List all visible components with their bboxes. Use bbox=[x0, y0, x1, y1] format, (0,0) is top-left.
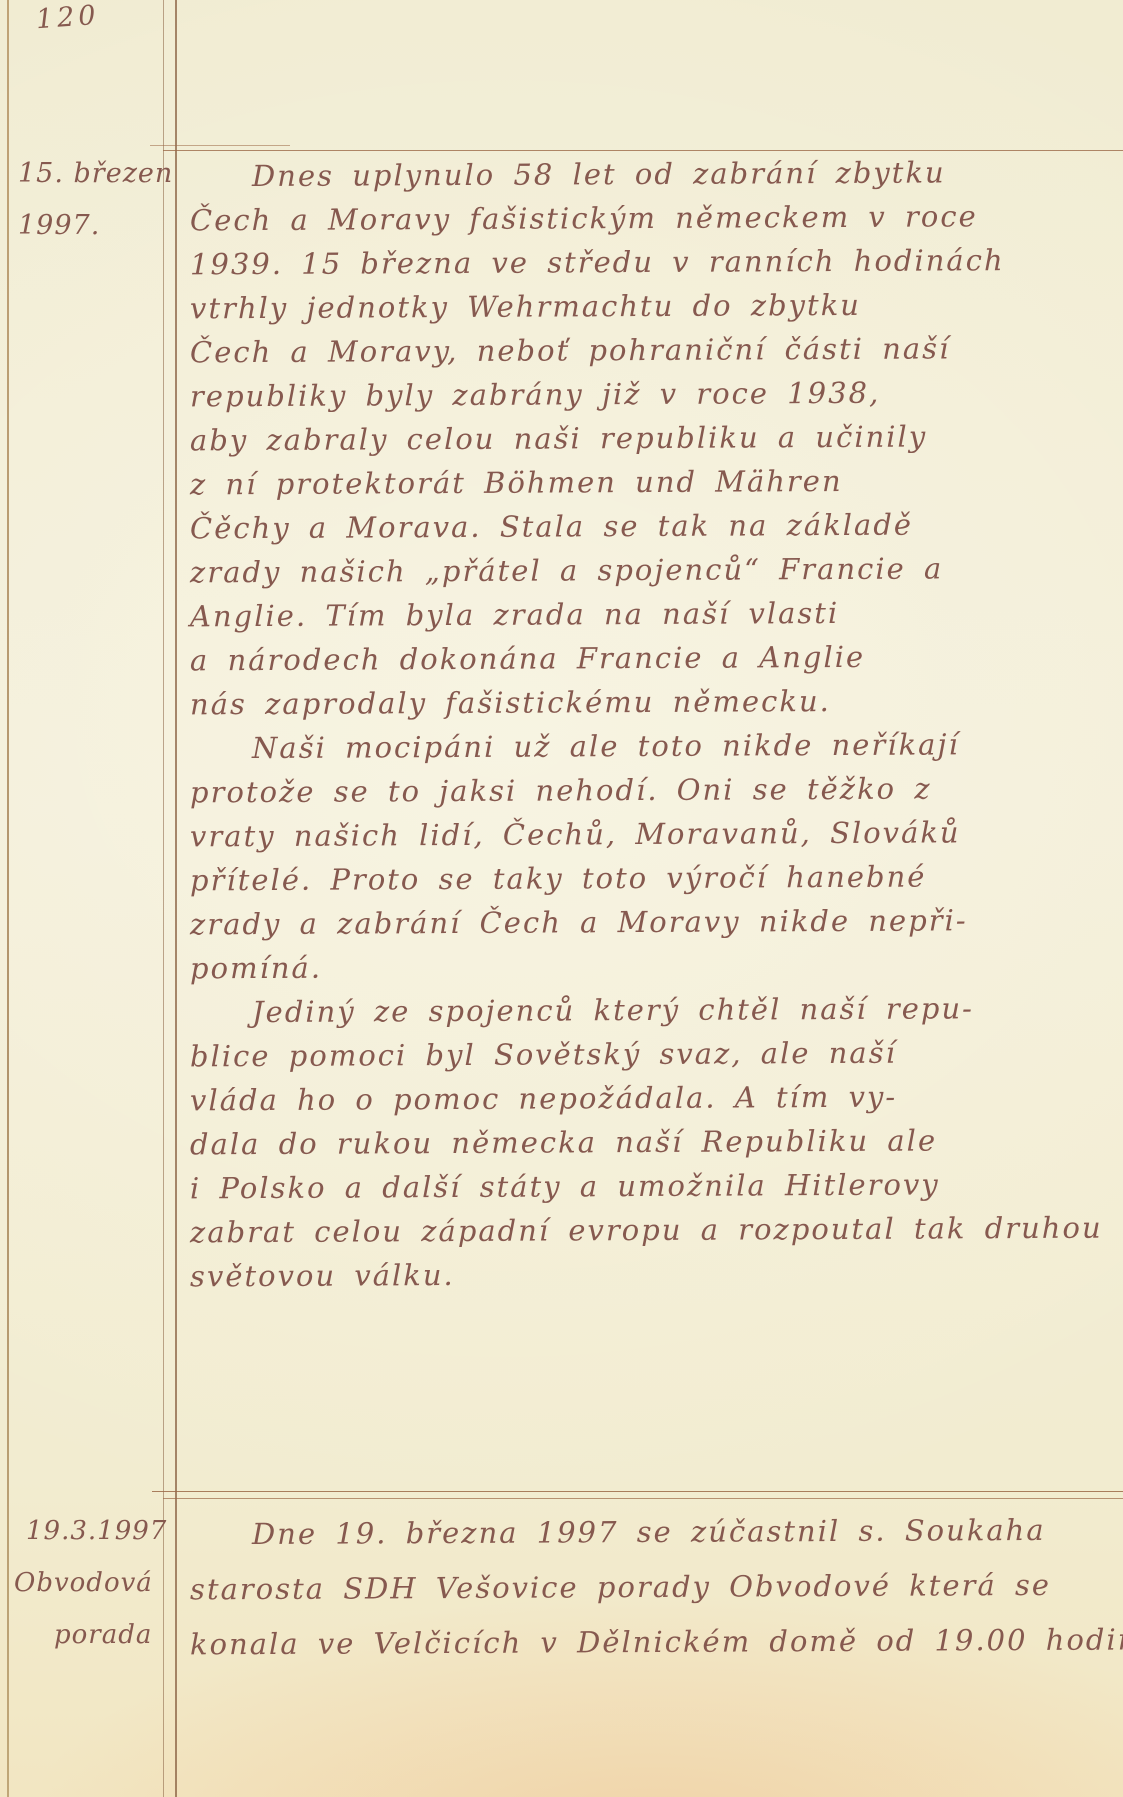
top-horizontal-rule-ghost bbox=[150, 145, 290, 146]
handwritten-line: zabrat celou západní evropu a rozpoutal … bbox=[190, 1206, 1100, 1255]
handwritten-line: Naši mocipáni už ale toto nikde neříkají bbox=[190, 722, 1100, 771]
handwritten-line: vraty našich lidí, Čechů, Moravanů, Slov… bbox=[190, 810, 1100, 859]
handwritten-line: Čech a Moravy fašistickým německem v roc… bbox=[190, 194, 1100, 243]
handwritten-line: Anglie. Tím byla zrada na naší vlasti bbox=[190, 590, 1100, 639]
handwritten-line: protože se to jaksi nehodí. Oni se těžko… bbox=[190, 766, 1100, 815]
entry-divider-rule-upper bbox=[152, 1491, 1123, 1492]
handwritten-line: světovou válku. bbox=[190, 1250, 1100, 1299]
handwritten-line: z ní protektorát Böhmen und Mähren bbox=[190, 458, 1100, 507]
margin-note-line: Obvodová bbox=[14, 1568, 167, 1620]
margin-note-line: 19.3.1997 bbox=[26, 1516, 167, 1568]
handwritten-line: starosta SDH Vešovice porady Obvodové kt… bbox=[190, 1558, 1100, 1618]
handwritten-line: dala do rukou německa naší Republiku ale bbox=[190, 1118, 1100, 1167]
handwritten-line: konala ve Velčicích v Dělnickém domě od … bbox=[190, 1613, 1100, 1673]
handwritten-line: pomíná. bbox=[190, 942, 1100, 991]
margin-note-line: 1997. bbox=[18, 210, 173, 262]
handwritten-line: republiky byly zabrány již v roce 1938, bbox=[190, 370, 1100, 419]
handwritten-line: nás zaprodaly fašistickému německu. bbox=[190, 678, 1100, 727]
handwritten-line: Jediný ze spojenců který chtěl naší repu… bbox=[190, 986, 1100, 1035]
handwritten-line: Dnes uplynulo 58 let od zabrání zbytku bbox=[190, 150, 1100, 199]
handwritten-line: i Polsko a další státy a umožnila Hitler… bbox=[190, 1162, 1100, 1211]
handwritten-line: Čěchy a Morava. Stala se tak na základě bbox=[190, 502, 1100, 551]
margin-date-entry-1: 15. březen1997. bbox=[18, 158, 173, 262]
entry-2-text: Dne 19. března 1997 se zúčastnil s. Souk… bbox=[190, 1505, 1100, 1670]
handwritten-line: 1939. 15 března ve středu v ranních hodi… bbox=[190, 238, 1100, 287]
handwritten-line: zrady našich „přátel a spojenců“ Francie… bbox=[190, 546, 1100, 595]
margin-date-entry-2: 19.3.1997Obvodováporada bbox=[26, 1516, 167, 1672]
handwritten-line: vláda ho o pomoc nepožádala. A tím vy- bbox=[190, 1074, 1100, 1123]
margin-note-line: 15. březen bbox=[18, 158, 173, 210]
page-number: 120 bbox=[35, 0, 101, 35]
scan-edge-line bbox=[7, 0, 9, 1797]
handwritten-line: přítelé. Proto se taky toto výročí haneb… bbox=[190, 854, 1100, 903]
entry-divider-rule-lower bbox=[163, 1498, 1123, 1499]
handwritten-line: Dne 19. března 1997 se zúčastnil s. Souk… bbox=[190, 1503, 1100, 1563]
handwritten-line: zrady a zabrání Čech a Moravy nikde nepř… bbox=[190, 898, 1100, 947]
handwritten-line: Čech a Moravy, neboť pohraniční části na… bbox=[190, 326, 1100, 375]
handwritten-line: vtrhly jednotky Wehrmachtu do zbytku bbox=[190, 282, 1100, 331]
handwritten-line: blice pomoci byl Sovětský svaz, ale naší bbox=[190, 1030, 1100, 1079]
entry-1-text: Dnes uplynulo 58 let od zabrání zbytkuČe… bbox=[190, 152, 1100, 1296]
margin-rule-outer bbox=[175, 0, 177, 1797]
handwritten-line: a národech dokonána Francie a Anglie bbox=[190, 634, 1100, 683]
handwritten-line: aby zabraly celou naši republiku a učini… bbox=[190, 414, 1100, 463]
margin-note-line: porada bbox=[54, 1620, 167, 1672]
chronicle-page: 120 15. březen1997. Dnes uplynulo 58 let… bbox=[0, 0, 1123, 1797]
